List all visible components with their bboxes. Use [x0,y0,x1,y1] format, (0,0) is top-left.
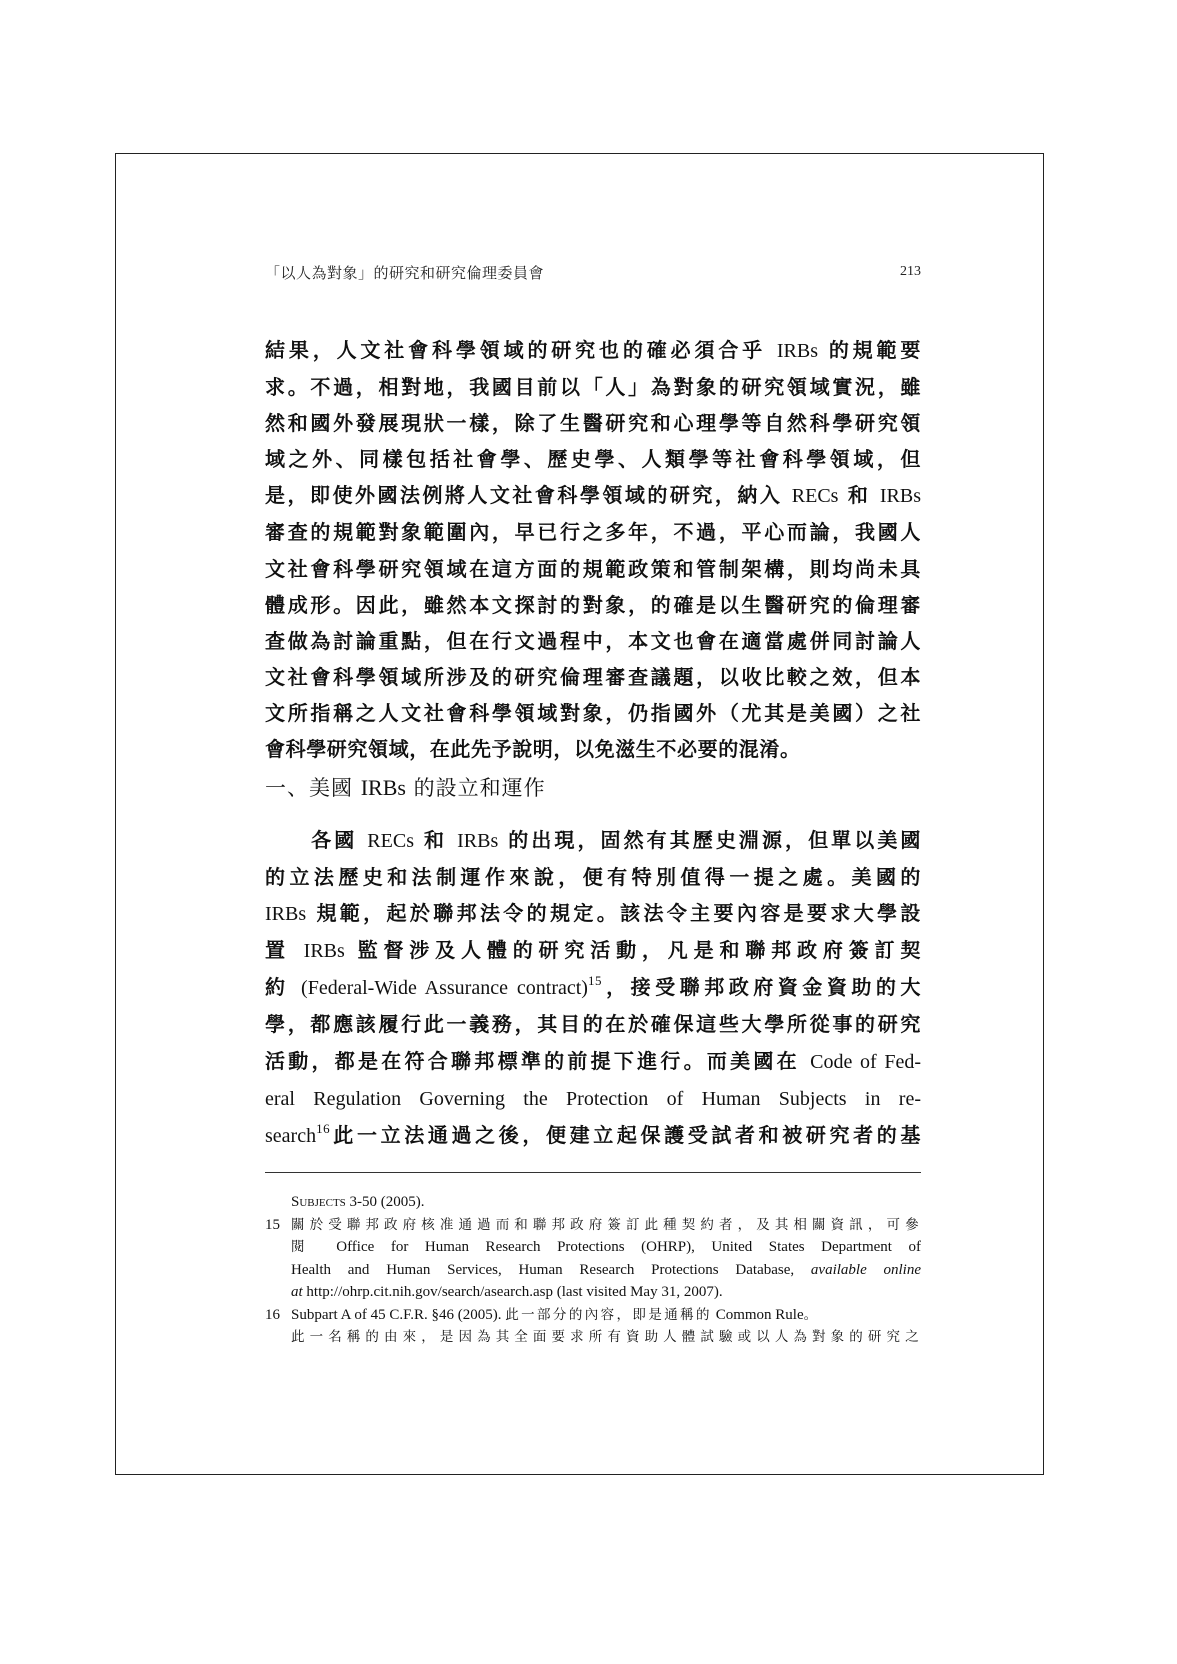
footnote-separator [265,1172,921,1173]
section-heading: 一、美國 IRBs 的設立和運作 [265,772,546,802]
text-line: 域之外、同樣包括社會學、歷史學、人類學等社會科學領域，但 [265,441,921,477]
text-line: 查做為討論重點，但在行文過程中，本文也會在適當處併同討論人 [265,623,921,659]
text-line: 的立法歷史和法制運作來說，便有特別值得一提之處。美國的 [265,859,921,895]
footnote-number: 15 [265,1214,280,1237]
footnote-15: 15 關於受聯邦政府核准通過而和聯邦政府簽訂此種契約者，及其相關資訊，可參 閱 … [265,1214,921,1304]
text-line: 會科學研究領域，在此先予說明，以免滋生不必要的混淆。 [265,731,921,767]
text-line: 結果，人文社會科學領域的研究也的確必須合乎 IRBs 的規範要 [265,332,921,369]
paragraph: 各國 RECs 和 IRBs 的出現，固然有其歷史淵源，但單以美國 的立法歷史和… [265,822,921,1154]
text-line: 約 (Federal-Wide Assurance contract)15，接受… [265,969,921,1006]
footnotes: Subjects 3-50 (2005). 15 關於受聯邦政府核准通過而和聯邦… [265,1191,921,1349]
text-line: 求。不過，相對地，我國目前以「人」為對象的研究領域實況，雖 [265,369,921,405]
running-header: 「以人為對象」的研究和研究倫理委員會 213 [265,262,921,286]
body-paragraph-2: 各國 RECs 和 IRBs 的出現，固然有其歷史淵源，但單以美國 的立法歷史和… [265,822,921,1154]
text-line: search16此一立法通過之後，便建立起保護受試者和被研究者的基 [265,1117,921,1154]
text-line: 置 IRBs 監督涉及人體的研究活動，凡是和聯邦政府簽訂契 [265,932,921,969]
paragraph: 結果，人文社會科學領域的研究也的確必須合乎 IRBs 的規範要 求。不過，相對地… [265,332,921,767]
text-line: 文社會科學研究領域在這方面的規範政策和管制架構，則均尚未具 [265,551,921,587]
text-line: 各國 RECs 和 IRBs 的出現，固然有其歷史淵源，但單以美國 [265,822,921,859]
text-line: 是，即使外國法例將人文社會科學領域的研究，納入 RECs 和 IRBs [265,477,921,514]
page-number: 213 [900,264,921,280]
text-line: 文社會科學領域所涉及的研究倫理審查議題，以收比較之效，但本 [265,659,921,695]
text-line: IRBs 規範，起於聯邦法令的規定。該法令主要內容是要求大學設 [265,895,921,932]
text-line: 學，都應該履行此一義務，其目的在於確保這些大學所從事的研究 [265,1006,921,1042]
footnote-ref-16[interactable]: 16 [316,1121,330,1136]
footnote-url: http://ohrp.cit.nih.gov/search/asearch.a… [303,1284,723,1300]
text-line: 活動，都是在符合聯邦標準的前提下進行。而美國在 Code of Fed- [265,1043,921,1080]
footnote-16: 16 Subpart A of 45 C.F.R. §46 (2005). 此一… [265,1304,921,1349]
footnote-number: 16 [265,1304,280,1327]
running-title: 「以人為對象」的研究和研究倫理委員會 [265,262,544,283]
text-line: 文所指稱之人文社會科學領域對象，仍指國外（尤其是美國）之社 [265,695,921,731]
text-line: eral Regulation Governing the Protection… [265,1080,921,1117]
footnote-continuation: Subjects 3-50 (2005). [265,1191,921,1214]
footnote-ref-15[interactable]: 15 [588,973,602,988]
text-line: 然和國外發展現狀一樣，除了生醫研究和心理學等自然科學研究領 [265,405,921,441]
text-line: 審查的規範對象範圍內，早已行之多年，不過，平心而論，我國人 [265,514,921,550]
text-line: 體成形。因此，雖然本文探討的對象，的確是以生醫研究的倫理審 [265,587,921,623]
body-paragraph-1: 結果，人文社會科學領域的研究也的確必須合乎 IRBs 的規範要 求。不過，相對地… [265,332,921,767]
